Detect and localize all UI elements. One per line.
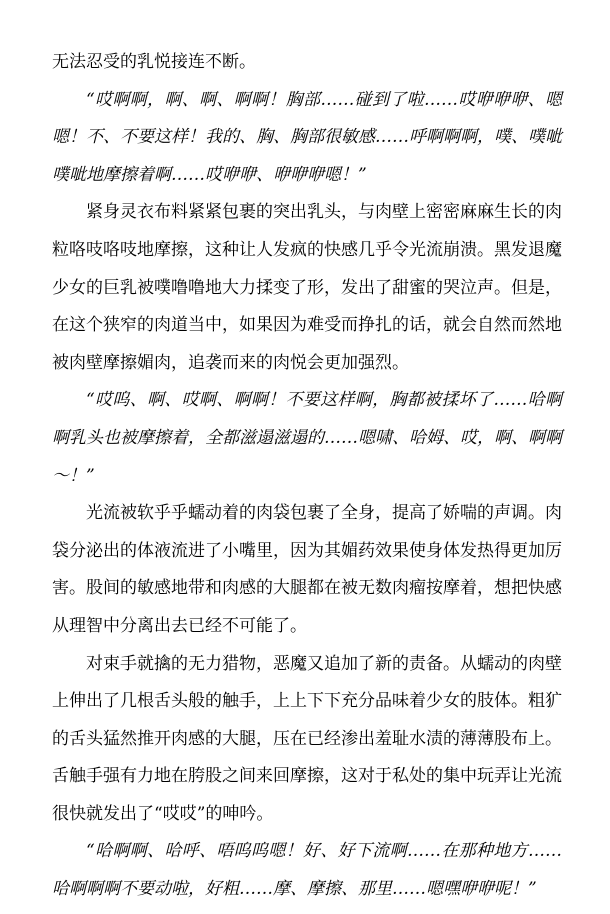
paragraph-dialog: “哎啊啊，啊、啊、啊啊！胸部……碰到了啦……哎咿咿咿、嗯嗯！不、不要这样！我的、… bbox=[52, 82, 562, 195]
paragraph-dialog: “哈啊啊、哈呼、唔呜呜嗯！好、好下流啊……在那种地方……哈啊啊啊不要动啦，好粗…… bbox=[52, 833, 562, 908]
paragraph-dialog: “哎呜、啊、哎啊、啊啊！不要这样啊，胸都被揉坏了……哈啊啊乳头也被摩擦着，全都滋… bbox=[52, 382, 562, 495]
paragraph-narration: 对束手就擒的无力猎物，恶魔又追加了新的责备。从蠕动的肉壁上伸出了几根舌头般的触手… bbox=[52, 646, 562, 834]
paragraph-narration: 紧身灵衣布料紧紧包裹的突出乳头，与肉壁上密密麻麻生长的肉粒咯吱咯吱地摩擦，这种让… bbox=[52, 194, 562, 382]
paragraph-narration: 无法忍受的乳悦接连不断。 bbox=[52, 44, 562, 82]
document-page: 无法忍受的乳悦接连不断。 “哎啊啊，啊、啊、啊啊！胸部……碰到了啦……哎咿咿咿、… bbox=[0, 0, 610, 914]
paragraph-narration: 光流被软乎乎蠕动着的肉袋包裹了全身，提高了娇喘的声调。肉袋分泌出的体液流进了小嘴… bbox=[52, 495, 562, 645]
